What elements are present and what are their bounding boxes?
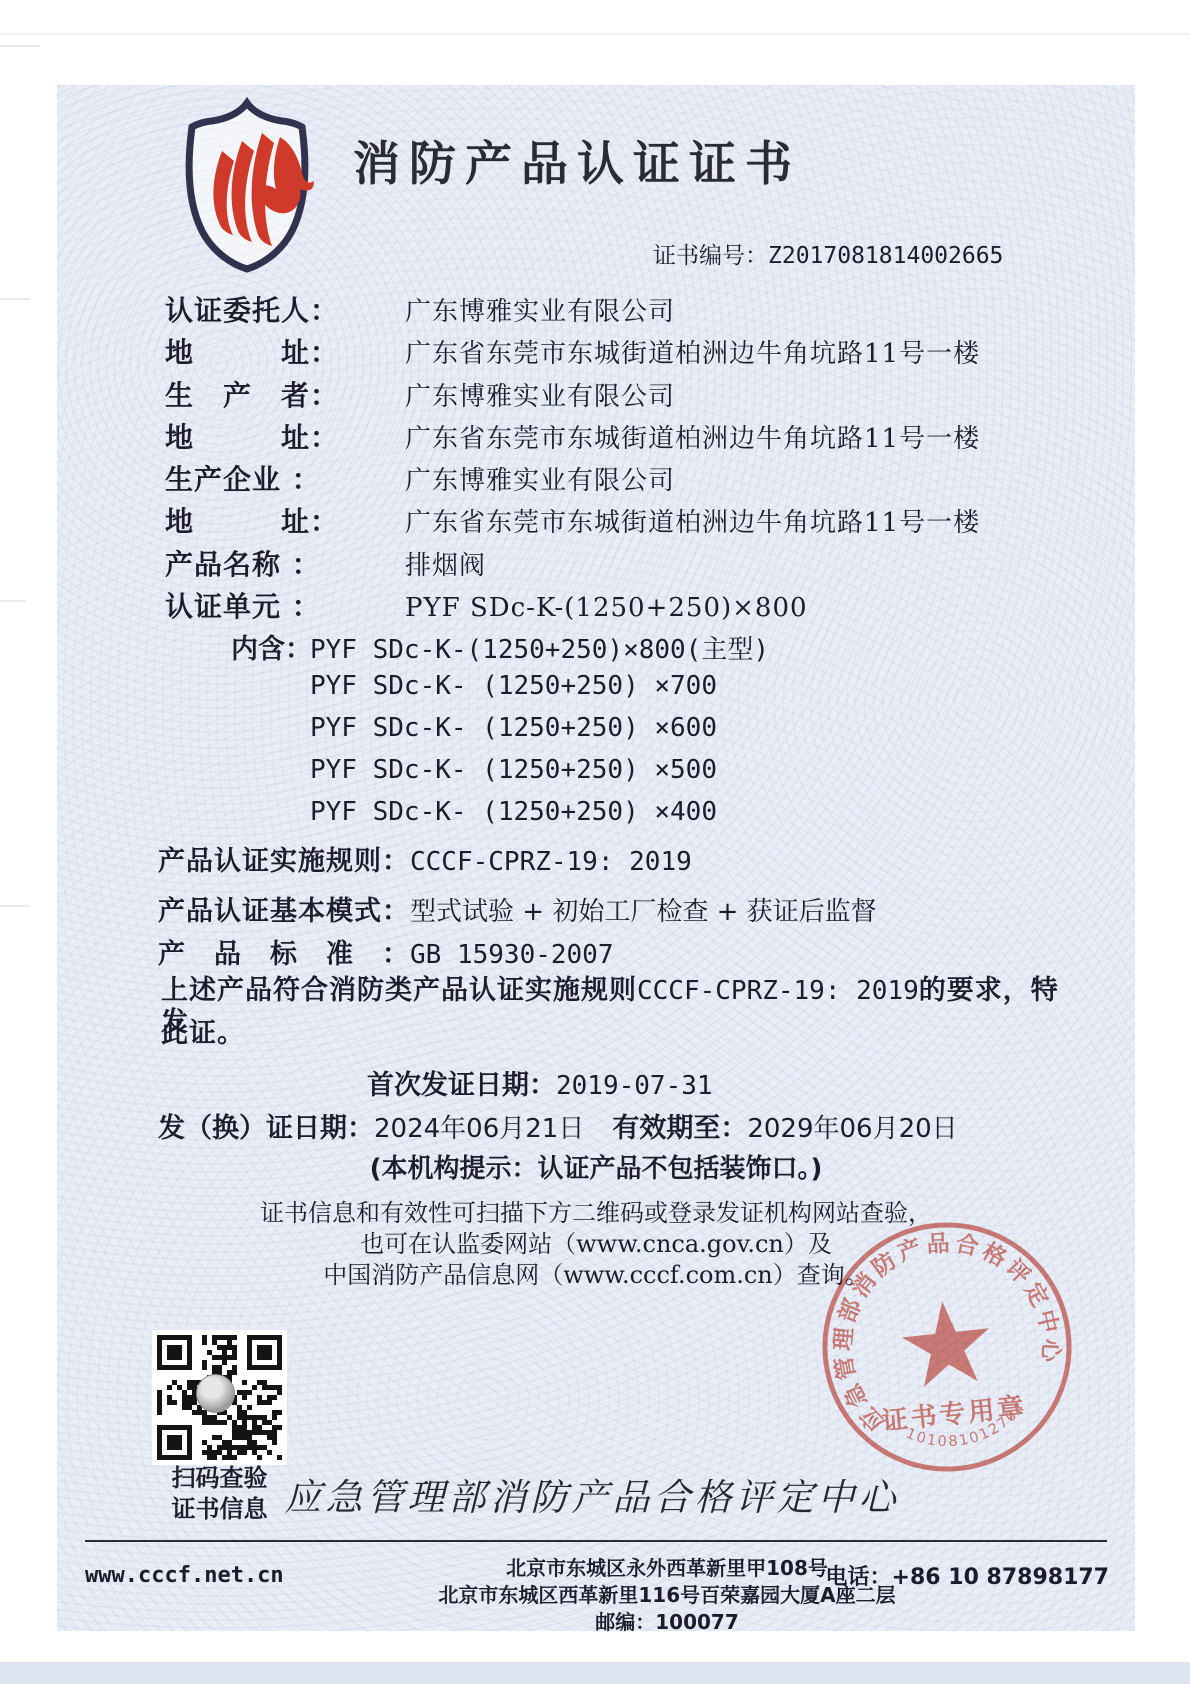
certificate-page: 消防产品认证证书 证书编号：Z2017081814002665 认证委托人：广东… [0,0,1190,1684]
field-label: 地 址： [165,416,405,456]
rule-value: 型式试验 + 初始工厂检查 + 获证后监督 [410,897,877,927]
certificate-body: 消防产品认证证书 证书编号：Z2017081814002665 认证委托人：广东… [57,85,1135,1631]
model-item: PYF SDc-K-(1250+250)×800(主型) [310,629,769,666]
field-value: 广东省东莞市东城街道柏洲边牛角坑路11号一楼 [405,424,980,454]
valid-until-value: 2029年06月20日 [747,1114,957,1144]
field-label: 地 址： [165,331,405,371]
first-issue-label: 首次发证日期： [367,1070,556,1101]
field-label: 产品名称 ： [165,543,405,583]
field-value: 广东博雅实业有限公司 [405,466,675,496]
footer-website: www.cccf.net.cn [85,1563,284,1588]
qr-center-logo-icon [196,1374,235,1413]
reissue-value: 2024年06月21日 [374,1114,584,1144]
field-row-manufacturer: 生产企业 ：广东博雅实业有限公司 [165,458,675,498]
agency-note: (本机构提示：认证产品不包括装饰口。) [57,1148,1135,1185]
certificate-number: 证书编号：Z2017081814002665 [653,237,1003,270]
model-item: PYF SDc-K- (1250+250) ×700 [310,671,717,701]
rule-row-mode: 产品认证基本模式：型式试验 + 初始工厂检查 + 获证后监督 [158,889,877,928]
included-label: 内含： [231,627,312,666]
model-item: PYF SDc-K- (1250+250) ×500 [310,755,717,785]
conformity-statement-line2: 此证。 [161,1018,1061,1050]
rule-row-standard: 产 品 标 准 ：GB 15930-2007 [158,932,614,971]
rule-label: 产 品 标 准 ： [158,939,410,970]
field-value: PYF SDc-K-(1250+250)×800 [405,593,808,623]
scan-artifact [0,600,26,602]
red-seal-stamp: 应急管理部消防产品合格评定中心 证书专用章 11010810127041 [813,1213,1081,1481]
field-value: 广东博雅实业有限公司 [405,382,675,412]
footer-phone: 电话：+86 10 87898177 [826,1560,1109,1591]
certificate-number-label: 证书编号： [653,243,768,269]
valid-until-label: 有效期至： [612,1113,747,1144]
field-row-product-name: 产品名称 ：排烟阀 [165,543,486,583]
field-label: 认证委托人： [165,289,405,329]
field-label: 认证单元 ： [165,585,405,625]
scan-artifact [0,905,30,907]
footer-postcode: 邮编：100077 [397,1609,937,1636]
field-label: 地 址： [165,500,405,540]
field-value: 广东省东莞市东城街道柏洲边牛角坑路11号一楼 [405,508,980,538]
field-label: 生产企业 ： [165,458,405,498]
rule-value: CCCF-CPRZ-19: 2019 [410,847,692,877]
scan-artifact [0,1662,1190,1684]
field-value: 排烟阀 [405,551,486,581]
field-row-address: 地 址：广东省东莞市东城街道柏洲边牛角坑路11号一楼 [165,500,980,540]
first-issue-value: 2019-07-31 [556,1071,713,1101]
reissue-label: 发（换）证日期： [158,1113,374,1144]
rule-label: 产品认证实施规则： [158,846,410,877]
issuing-authority: 应急管理部消防产品合格评定中心 [282,1467,902,1521]
rule-value: GB 15930-2007 [410,940,614,970]
footer-divider [85,1540,1107,1542]
certificate-title: 消防产品认证证书 [247,127,907,194]
field-row-applicant: 认证委托人：广东博雅实业有限公司 [165,289,675,329]
model-item: PYF SDc-K- (1250+250) ×400 [310,797,717,827]
rule-row-implementation: 产品认证实施规则：CCCF-CPRZ-19: 2019 [158,839,692,878]
model-item: PYF SDc-K- (1250+250) ×600 [310,713,717,743]
scan-artifact [0,33,1190,35]
scan-artifact [0,45,40,47]
first-issue-date-row: 首次发证日期：2019-07-31 [367,1063,713,1102]
field-row-address: 地 址：广东省东莞市东城街道柏洲边牛角坑路11号一楼 [165,416,980,456]
rule-label: 产品认证基本模式： [158,896,410,927]
certificate-number-value: Z2017081814002665 [768,243,1003,269]
statement-rule-code: CCCF-CPRZ-19: 2019 [637,976,919,1006]
field-value: 广东博雅实业有限公司 [405,297,675,327]
field-row-cert-unit: 认证单元 ：PYF SDc-K-(1250+250)×800 [165,585,808,625]
field-value: 广东省东莞市东城街道柏洲边牛角坑路11号一楼 [405,339,980,369]
statement-text: 此证。 [161,1018,245,1049]
field-label: 生 产 者： [165,374,405,414]
reissue-date-row: 发（换）证日期：2024年06月21日有效期至：2029年06月20日 [158,1106,958,1145]
field-row-producer: 生 产 者：广东博雅实业有限公司 [165,374,675,414]
scan-artifact [0,298,30,300]
seal-star-icon [899,1297,995,1389]
statement-text: 上述产品符合消防类产品认证实施规则 [161,975,637,1006]
qr-code [152,1330,287,1465]
field-row-address: 地 址：广东省东莞市东城街道柏洲边牛角坑路11号一楼 [165,331,980,371]
